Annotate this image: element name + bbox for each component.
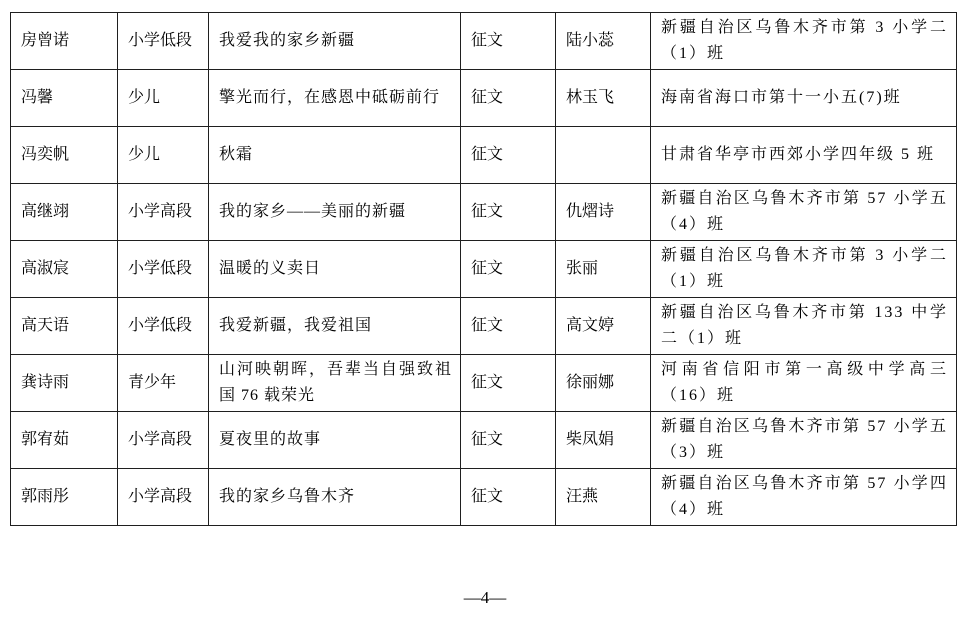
table-row: 郭雨彤 小学高段 我的家乡乌鲁木齐 征文 汪燕 新疆自治区乌鲁木齐市第 57 小… [11, 469, 957, 526]
table-row: 房曾诺 小学低段 我爱我的家乡新疆 征文 陆小蕊 新疆自治区乌鲁木齐市第 3 小… [11, 13, 957, 70]
work-title: 山河映朝晖，吾辈当自强致祖国 76 载荣光 [209, 355, 461, 412]
teacher-name: 高文婷 [556, 298, 651, 355]
work-title: 擎光而行，在感恩中砥砺前行 [209, 70, 461, 127]
entry-type: 征文 [461, 469, 556, 526]
work-title: 秋霜 [209, 127, 461, 184]
entry-type: 征文 [461, 13, 556, 70]
author-name: 高天语 [11, 298, 118, 355]
age-group: 小学低段 [118, 241, 209, 298]
age-group: 小学高段 [118, 412, 209, 469]
teacher-name: 汪燕 [556, 469, 651, 526]
table-row: 冯馨 少儿 擎光而行，在感恩中砥砺前行 征文 林玉飞 海南省海口市第十一小五(7… [11, 70, 957, 127]
page-number: —4— [0, 588, 970, 608]
entry-type: 征文 [461, 70, 556, 127]
table-row: 高淑宸 小学低段 温暖的义卖日 征文 张丽 新疆自治区乌鲁木齐市第 3 小学二（… [11, 241, 957, 298]
author-name: 冯馨 [11, 70, 118, 127]
table-row: 高继翊 小学高段 我的家乡——美丽的新疆 征文 仇熠诗 新疆自治区乌鲁木齐市第 … [11, 184, 957, 241]
teacher-name: 林玉飞 [556, 70, 651, 127]
author-name: 郭宥茹 [11, 412, 118, 469]
author-name: 郭雨彤 [11, 469, 118, 526]
age-group: 小学低段 [118, 298, 209, 355]
school-class: 甘肃省华亭市西郊小学四年级 5 班 [651, 127, 957, 184]
age-group: 小学高段 [118, 184, 209, 241]
age-group: 青少年 [118, 355, 209, 412]
school-class: 新疆自治区乌鲁木齐市第 57 小学五（3）班 [651, 412, 957, 469]
age-group: 小学低段 [118, 13, 209, 70]
author-name: 房曾诺 [11, 13, 118, 70]
entry-type: 征文 [461, 127, 556, 184]
table-row: 冯奕帆 少儿 秋霜 征文 甘肃省华亭市西郊小学四年级 5 班 [11, 127, 957, 184]
school-class: 新疆自治区乌鲁木齐市第 133 中学二（1）班 [651, 298, 957, 355]
entry-type: 征文 [461, 412, 556, 469]
teacher-name: 陆小蕊 [556, 13, 651, 70]
entry-type: 征文 [461, 298, 556, 355]
author-name: 高淑宸 [11, 241, 118, 298]
table-row: 龚诗雨 青少年 山河映朝晖，吾辈当自强致祖国 76 载荣光 征文 徐丽娜 河南省… [11, 355, 957, 412]
school-class: 河南省信阳市第一高级中学高三（16）班 [651, 355, 957, 412]
work-title: 我爱新疆，我爱祖国 [209, 298, 461, 355]
entry-type: 征文 [461, 241, 556, 298]
author-name: 龚诗雨 [11, 355, 118, 412]
work-title: 我的家乡乌鲁木齐 [209, 469, 461, 526]
school-class: 新疆自治区乌鲁木齐市第 57 小学四（4）班 [651, 469, 957, 526]
entry-type: 征文 [461, 184, 556, 241]
work-title: 温暖的义卖日 [209, 241, 461, 298]
table-row: 郭宥茹 小学高段 夏夜里的故事 征文 柴凤娟 新疆自治区乌鲁木齐市第 57 小学… [11, 412, 957, 469]
school-class: 海南省海口市第十一小五(7)班 [651, 70, 957, 127]
school-class: 新疆自治区乌鲁木齐市第 57 小学五（4）班 [651, 184, 957, 241]
entry-type: 征文 [461, 355, 556, 412]
work-title: 我爱我的家乡新疆 [209, 13, 461, 70]
age-group: 少儿 [118, 127, 209, 184]
age-group: 少儿 [118, 70, 209, 127]
teacher-name: 徐丽娜 [556, 355, 651, 412]
author-name: 高继翊 [11, 184, 118, 241]
author-name: 冯奕帆 [11, 127, 118, 184]
teacher-name [556, 127, 651, 184]
table-row: 高天语 小学低段 我爱新疆，我爱祖国 征文 高文婷 新疆自治区乌鲁木齐市第 13… [11, 298, 957, 355]
work-title: 夏夜里的故事 [209, 412, 461, 469]
age-group: 小学高段 [118, 469, 209, 526]
teacher-name: 仇熠诗 [556, 184, 651, 241]
work-title: 我的家乡——美丽的新疆 [209, 184, 461, 241]
teacher-name: 张丽 [556, 241, 651, 298]
document-page: 房曾诺 小学低段 我爱我的家乡新疆 征文 陆小蕊 新疆自治区乌鲁木齐市第 3 小… [0, 0, 970, 629]
school-class: 新疆自治区乌鲁木齐市第 3 小学二（1）班 [651, 241, 957, 298]
teacher-name: 柴凤娟 [556, 412, 651, 469]
awards-table: 房曾诺 小学低段 我爱我的家乡新疆 征文 陆小蕊 新疆自治区乌鲁木齐市第 3 小… [10, 12, 957, 526]
school-class: 新疆自治区乌鲁木齐市第 3 小学二（1）班 [651, 13, 957, 70]
